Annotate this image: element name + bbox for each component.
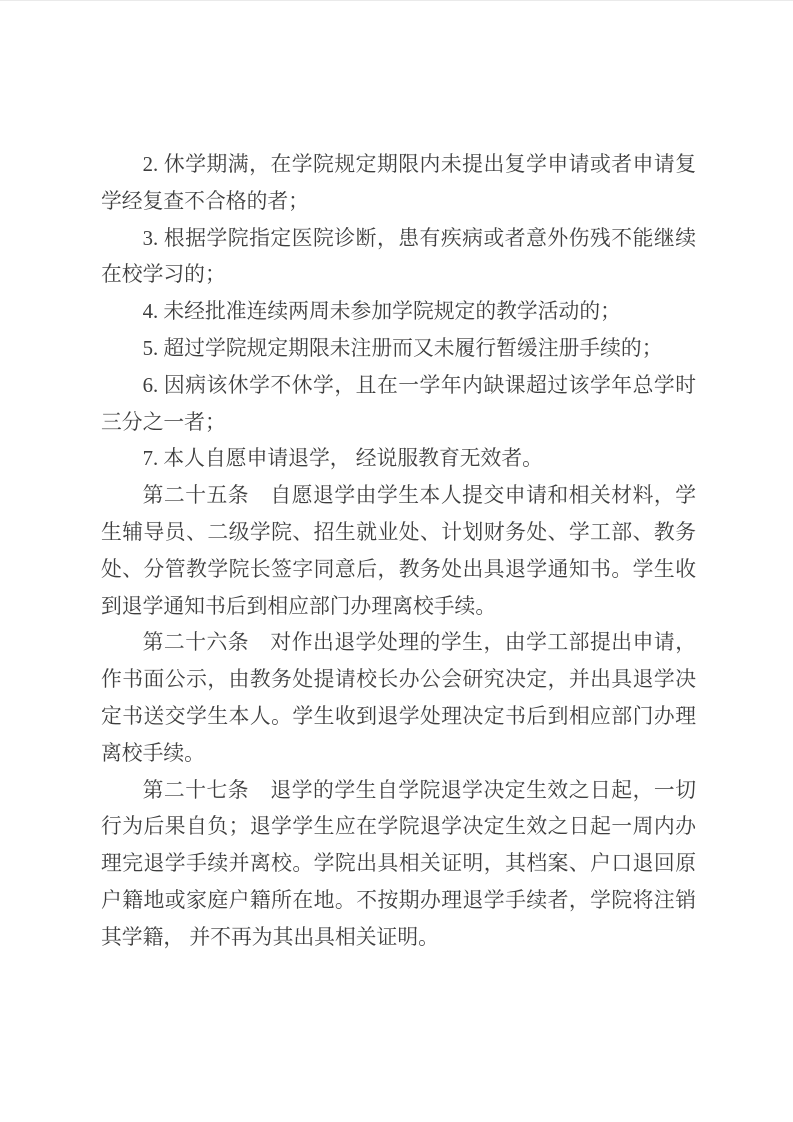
paragraph-article-27: 第二十七条 退学的学生自学院退学决定生效之日起，一切行为后果自负；退学学生应在学… [101, 773, 696, 957]
paragraph-article-26: 第二十六条 对作出退学处理的学生，由学工部提出申请，作书面公示，由教务处提请校长… [101, 625, 696, 772]
text-line: 7. 本人自愿申请退学， 经说服教育无效者。 [101, 441, 696, 478]
text-line: 行为后果自负；退学学生应在学院退学决定生效之日起一周内办 [101, 809, 696, 846]
text-line: 第二十七条 退学的学生自学院退学决定生效之日起，一切 [101, 773, 696, 810]
text-line: 学经复查不合格的者； [101, 184, 696, 221]
document-text-block: 2. 休学期满，在学院规定期限内未提出复学申请或者申请复学经复查不合格的者；3.… [101, 147, 696, 957]
text-line: 作书面公示，由教务处提请校长办公会研究决定，并出具退学决 [101, 662, 696, 699]
paragraph-article-25: 第二十五条 自愿退学由学生本人提交申请和相关材料，学生辅导员、二级学院、招生就业… [101, 478, 696, 625]
paragraph-clause-item-7: 7. 本人自愿申请退学， 经说服教育无效者。 [101, 441, 696, 478]
text-line: 其学籍， 并不再为其出具相关证明。 [101, 920, 696, 957]
text-line: 理完退学手续并离校。学院出具相关证明，其档案、户口退回原 [101, 846, 696, 883]
paragraph-clause-item-4: 4. 未经批准连续两周未参加学院规定的教学活动的； [101, 294, 696, 331]
text-line: 2. 休学期满，在学院规定期限内未提出复学申请或者申请复 [101, 147, 696, 184]
text-line: 第二十五条 自愿退学由学生本人提交申请和相关材料，学 [101, 478, 696, 515]
text-line: 6. 因病该休学不休学，且在一学年内缺课超过该学年总学时 [101, 368, 696, 405]
text-line: 到退学通知书后到相应部门办理离校手续。 [101, 589, 696, 626]
text-line: 离校手续。 [101, 736, 696, 773]
text-line: 定书送交学生本人。学生收到退学处理决定书后到相应部门办理 [101, 699, 696, 736]
text-line: 在校学习的； [101, 257, 696, 294]
document-page: 2. 休学期满，在学院规定期限内未提出复学申请或者申请复学经复查不合格的者；3.… [0, 0, 793, 1122]
text-line: 第二十六条 对作出退学处理的学生，由学工部提出申请， [101, 625, 696, 662]
text-line: 3. 根据学院指定医院诊断，患有疾病或者意外伤残不能继续 [101, 221, 696, 258]
paragraph-clause-item-5: 5. 超过学院规定期限未注册而又未履行暂缓注册手续的； [101, 331, 696, 368]
paragraph-clause-item-2: 2. 休学期满，在学院规定期限内未提出复学申请或者申请复学经复查不合格的者； [101, 147, 696, 221]
text-line: 户籍地或家庭户籍所在地。不按期办理退学手续者，学院将注销 [101, 883, 696, 920]
text-line: 5. 超过学院规定期限未注册而又未履行暂缓注册手续的； [101, 331, 696, 368]
paragraph-clause-item-3: 3. 根据学院指定医院诊断，患有疾病或者意外伤残不能继续在校学习的； [101, 221, 696, 295]
text-line: 三分之一者； [101, 405, 696, 442]
text-line: 生辅导员、二级学院、招生就业处、计划财务处、学工部、教务 [101, 515, 696, 552]
text-line: 4. 未经批准连续两周未参加学院规定的教学活动的； [101, 294, 696, 331]
paragraph-clause-item-6: 6. 因病该休学不休学，且在一学年内缺课超过该学年总学时三分之一者； [101, 368, 696, 442]
text-line: 处、分管教学院长签字同意后，教务处出具退学通知书。学生收 [101, 552, 696, 589]
